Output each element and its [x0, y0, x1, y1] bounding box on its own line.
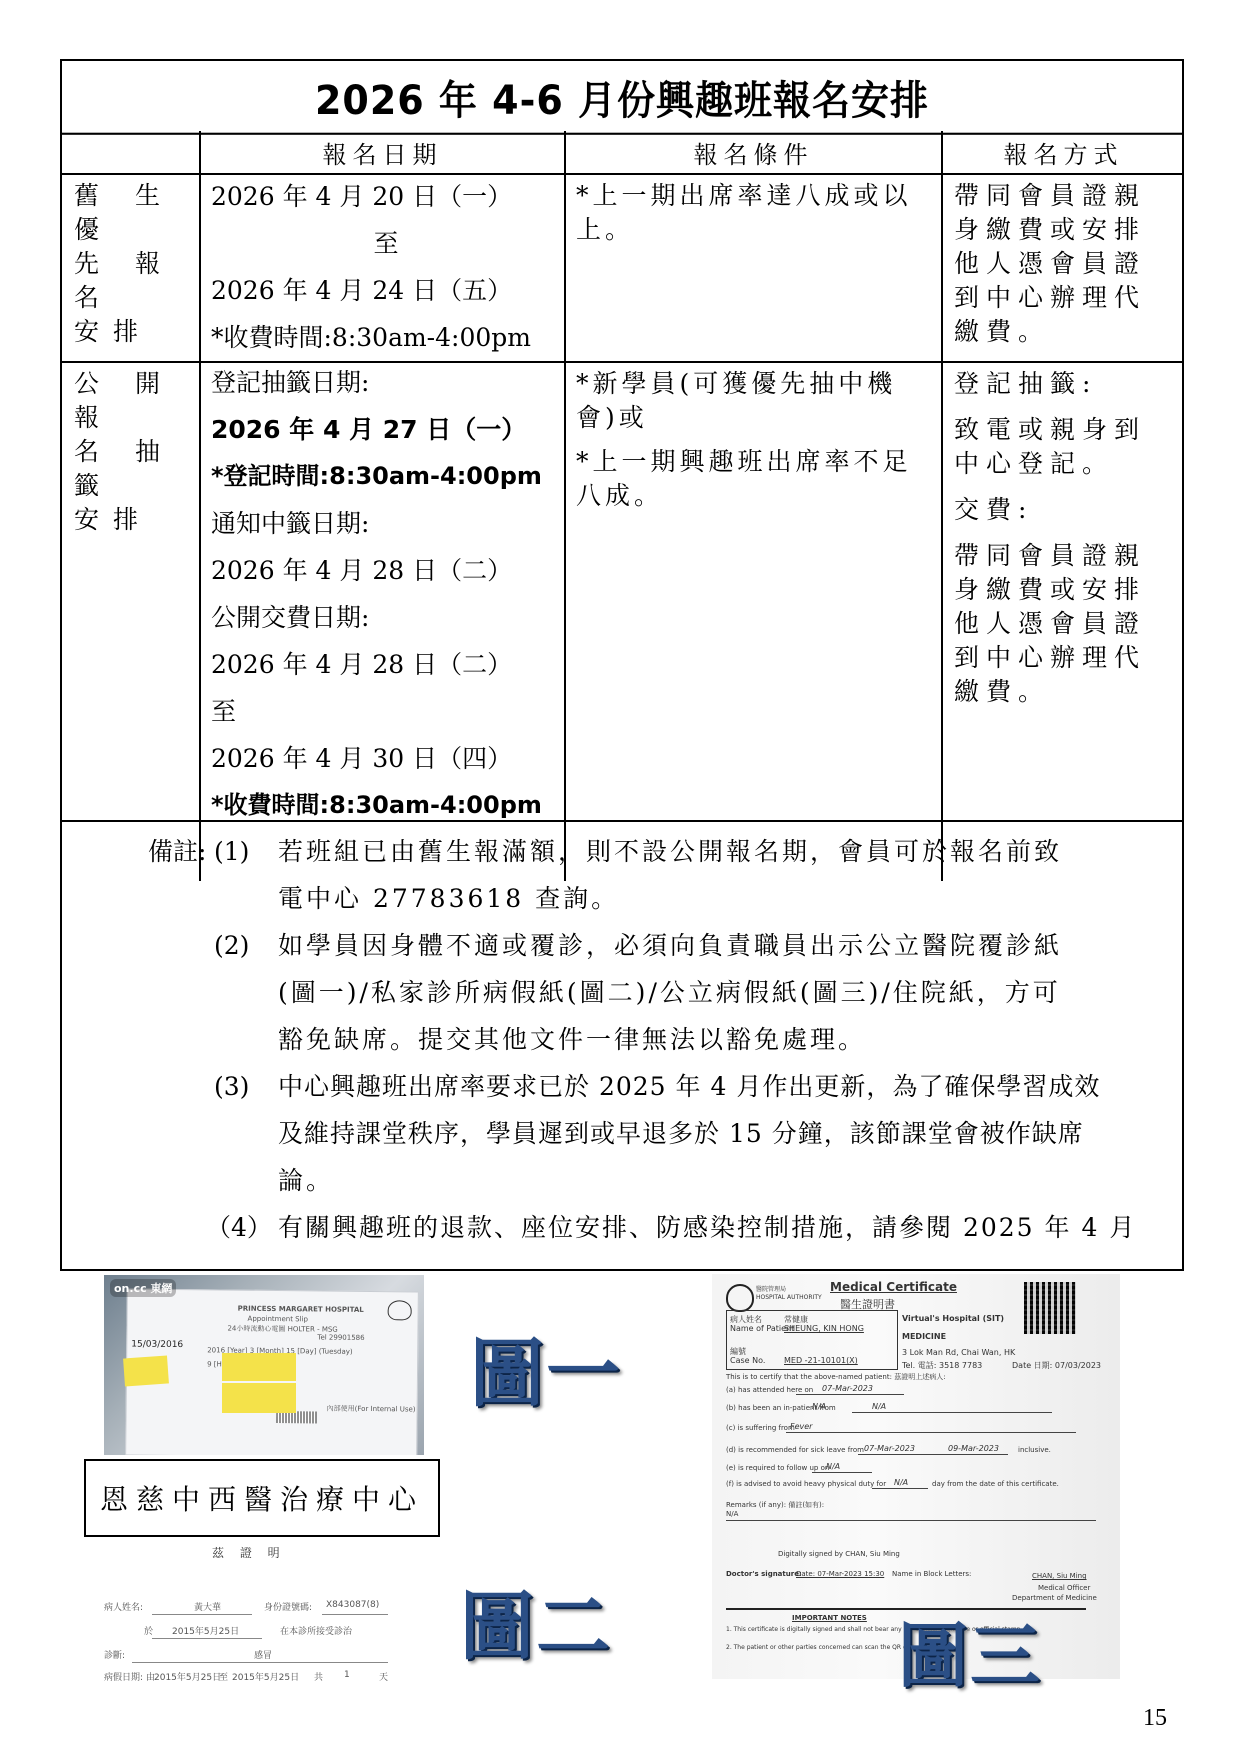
slip-tel: Tel 29901586	[317, 1333, 364, 1341]
conditions-returning: *上一期出席率達八成或以上。	[576, 179, 936, 247]
row-label-public: 公 開 報 名 抽 籤 安排	[74, 367, 194, 537]
note-line: 豁免缺席。提交其他文件一律無法以豁免處理。	[88, 1016, 1118, 1063]
field-value: 2015年5月25日	[172, 1624, 239, 1637]
item-text: (a) has attended here on	[726, 1386, 813, 1394]
date-line: 2026 年 4 月 30 日（四）	[211, 735, 561, 782]
condition-item: *新學員(可獲優先抽中機會)或	[576, 367, 936, 435]
underline	[152, 1614, 252, 1615]
address: 3 Lok Man Rd, Chai Wan, HK	[902, 1348, 1015, 1357]
date-line: 公開交費日期:	[211, 594, 561, 641]
item-text: (d) is recommended for sick leave from	[726, 1446, 864, 1454]
table-header-row: 報名日期 報名條件 報名方式	[62, 131, 1182, 175]
underline	[132, 1662, 388, 1663]
item-text: (c) is suffering from	[726, 1424, 795, 1432]
item-value: N/A	[826, 1462, 840, 1471]
underline	[786, 1432, 1076, 1433]
org-cn: 醫院管理局	[756, 1284, 786, 1293]
item-suffix: day from the date of this certificate.	[932, 1480, 1059, 1488]
label-line: 公 開 報	[74, 367, 194, 435]
field-value: 感冒	[254, 1648, 272, 1661]
underline	[812, 1472, 872, 1473]
item-value: N/A	[812, 1402, 826, 1411]
case-number: MED -21-10101(X)	[784, 1356, 858, 1365]
field-label: 診斷:	[104, 1648, 125, 1661]
remarks-label: Remarks (if any): 備註(如有):	[726, 1500, 824, 1510]
label-line: 先 報 名	[74, 247, 194, 315]
column-divider	[941, 131, 943, 881]
item-value: Fever	[790, 1422, 812, 1431]
header-method: 報名方式	[943, 131, 1184, 173]
item-value: 07-Mar-2023	[822, 1384, 873, 1393]
field-label: 病人姓名:	[104, 1600, 143, 1613]
slip-hospital: PRINCESS MARGARET HOSPITAL	[238, 1305, 364, 1314]
redaction-sticky-note	[123, 1355, 169, 1386]
item-text: (e) is required to follow up on	[726, 1464, 829, 1472]
underline	[872, 1488, 928, 1489]
notes-section: 備註: (1) 若班組已由舊生報滿額，則不設公開報名期，會員可於報名前致 電中心…	[88, 828, 1118, 1251]
slip-title: Appointment Slip	[248, 1315, 308, 1324]
note-text: 中心興趣班出席率要求已於 2025 年 4 月作出更新，為了確保學習成效	[278, 1063, 1100, 1110]
item-value: N/A	[894, 1478, 908, 1487]
date-line: 登記抽籤日期:	[211, 359, 561, 406]
watermark-logo: on.cc 東網	[110, 1279, 176, 1297]
redaction-sticky-note	[222, 1353, 296, 1381]
note-text: 論。	[278, 1157, 334, 1204]
qr-code-icon	[1024, 1282, 1076, 1334]
label-line: 安排	[74, 503, 194, 537]
method-item: 交費:	[954, 493, 1169, 527]
method-returning: 帶同會員證親身繳費或安排他人憑會員證到中心辦理代繳費。	[954, 179, 1169, 349]
redaction-sticky-note	[222, 1383, 296, 1413]
field-label: 在本診所接受診治	[280, 1624, 352, 1637]
underline	[852, 1412, 1052, 1413]
figure-1-label: 圖一	[470, 1315, 622, 1421]
certify-text: This is to certify that the above-named …	[726, 1372, 946, 1382]
slip-side-date: 15/03/2016	[131, 1340, 183, 1351]
remarks-value: N/A	[726, 1510, 738, 1518]
figure-1-appointment-slip: PRINCESS MARGARET HOSPITAL Appointment S…	[104, 1275, 424, 1455]
item-text: (f) is advised to avoid heavy physical d…	[726, 1480, 886, 1488]
field-value: X843087(8)	[326, 1600, 379, 1610]
doctor-title: Medical Officer	[1038, 1584, 1090, 1592]
field-label: 於	[144, 1624, 153, 1637]
field-value: 2015年5月25日	[232, 1670, 299, 1683]
signature-label: Doctor's signature:	[726, 1570, 802, 1578]
field-value: 1	[344, 1670, 350, 1680]
date-line: 2026 年 4 月 20 日（一）	[211, 173, 561, 220]
method-item: 帶同會員證親身繳費或安排他人憑會員證到中心辦理代繳費。	[954, 539, 1169, 709]
figure-2-label: 圖二	[460, 1568, 612, 1674]
method-item: 致電或親身到中心登記。	[954, 413, 1169, 481]
hospital-name: Virtual's Hospital (SIT)	[902, 1314, 1004, 1323]
method-public: 登記抽籤: 致電或親身到中心登記。 交費: 帶同會員證親身繳費或安排他人憑會員證…	[954, 367, 1169, 709]
notes-title: IMPORTANT NOTES	[792, 1614, 867, 1622]
doctor-name: CHAN, Siu Ming	[1032, 1572, 1087, 1580]
cert-title: 茲 證 明	[212, 1544, 286, 1561]
field-label: 至	[219, 1670, 228, 1683]
date-line: *登記時間:8:30am-4:00pm	[211, 453, 561, 500]
note-line: (3) 中心興趣班出席率要求已於 2025 年 4 月作出更新，為了確保學習成效	[88, 1063, 1118, 1110]
date-line: 2026 年 4 月 24 日（五）	[211, 267, 561, 314]
cert-title-en: Medical Certificate	[830, 1280, 957, 1294]
method-item: 登記抽籤:	[954, 367, 1169, 401]
item-value: 07-Mar-2023	[864, 1444, 915, 1453]
hospital-authority-logo-icon	[726, 1284, 754, 1312]
item-value: N/A	[872, 1402, 886, 1411]
label-line: 安排	[74, 315, 194, 349]
note-text: 如學員因身體不適或覆診，必須向負責職員出示公立醫院覆診紙	[278, 922, 1062, 969]
note-line: （4） 有關興趣班的退款、座位安排、防感染控制措施，請參閱 2025 年 4 月	[88, 1204, 1118, 1251]
figure-2-clinic-name: 恩慈中西醫治療中心	[84, 1459, 440, 1537]
figure-3-label: 圖三	[898, 1600, 1042, 1701]
underline	[726, 1520, 1096, 1521]
hospital-authority-logo-icon	[388, 1300, 412, 1320]
note-line: 備註: (1) 若班組已由舊生報滿額，則不設公開報名期，會員可於報名前致	[88, 828, 1118, 875]
notes-label: 備註:	[148, 828, 206, 875]
page-number: 15	[1143, 1705, 1167, 1732]
telephone: Tel. 電話: 3518 7783	[902, 1360, 982, 1371]
date-line: 至	[211, 220, 561, 267]
note-text: 豁免缺席。提交其他文件一律無法以豁免處理。	[278, 1016, 866, 1063]
label-line: 名 抽 籤	[74, 435, 194, 503]
note-text: 若班組已由舊生報滿額，則不設公開報名期，會員可於報名前致	[278, 828, 1062, 875]
name-label: Name in Block Letters:	[892, 1570, 971, 1578]
note-number: （4）	[206, 1204, 272, 1251]
department: MEDICINE	[902, 1332, 946, 1341]
row-label-returning: 舊 生 優 先 報 名 安排	[74, 179, 194, 349]
field-label: 身份證號碼:	[264, 1600, 312, 1613]
date-line: 2026 年 4 月 27 日（一）	[211, 406, 561, 453]
note-number: (2)	[214, 922, 249, 969]
item-suffix: inclusive.	[1018, 1446, 1051, 1454]
date-line: *收費時間:8:30am-4:00pm	[211, 314, 561, 361]
date-line: *收費時間:8:30am-4:00pm	[211, 782, 561, 829]
note-text: (圖一)/私家診所病假紙(圖二)/公立病假紙(圖三)/住院紙，方可	[278, 969, 1061, 1016]
date-line: 2026 年 4 月 28 日（二）	[211, 641, 561, 688]
dates-returning: 2026 年 4 月 20 日（一） 至 2026 年 4 月 24 日（五） …	[211, 173, 561, 361]
digital-signature: Digitally signed by CHAN, Siu Ming	[778, 1550, 900, 1558]
note-line: 及維持課堂秩序，學員遲到或早退多於 15 分鐘，該節課堂會被作缺席	[88, 1110, 1118, 1157]
item-value: 09-Mar-2023	[948, 1444, 999, 1453]
slip-internal: 內部使用(For Internal Use)	[327, 1404, 416, 1415]
note-text: 有關興趣班的退款、座位安排、防感染控制措施，請參閱 2025 年 4 月	[278, 1204, 1136, 1251]
note-line: 論。	[88, 1157, 1118, 1204]
figure-2-sick-note: 茲 證 明 病人姓名: 黃大華 身份證號碼: X843087(8) 於 2015…	[104, 1540, 404, 1690]
note-line: (圖一)/私家診所病假紙(圖二)/公立病假紙(圖三)/住院紙，方可	[88, 969, 1118, 1016]
header-date: 報名日期	[201, 131, 564, 173]
page-title: 2026 年 4-6 月份興趣班報名安排	[62, 59, 1182, 135]
field-value: 2015年5月25日	[154, 1670, 221, 1683]
note-text: 及維持課堂秩序，學員遲到或早退多於 15 分鐘，該節課堂會被作缺席	[278, 1110, 1084, 1157]
field-label: 共	[314, 1670, 323, 1683]
note-number: (1)	[214, 828, 249, 875]
note-number: (3)	[214, 1063, 249, 1110]
underline	[796, 1394, 904, 1395]
note-item: 2. The patient or other parties concerne…	[726, 1644, 925, 1651]
note-line: 電中心 27783618 查詢。	[88, 875, 1118, 922]
date-line: 至	[211, 688, 561, 735]
condition-item: *上一期興趣班出席率不足八成。	[576, 445, 936, 513]
header-conditions: 報名條件	[566, 131, 941, 173]
dates-public: 登記抽籤日期: 2026 年 4 月 27 日（一） *登記時間:8:30am-…	[211, 359, 561, 829]
conditions-public: *新學員(可獲優先抽中機會)或 *上一期興趣班出席率不足八成。	[576, 367, 936, 513]
field-label: 天	[379, 1670, 388, 1683]
column-divider	[199, 131, 201, 881]
field-value: 黃大華	[194, 1600, 221, 1613]
label-line: 舊 生 優	[74, 179, 194, 247]
cert-date: Date 日期: 07/03/2023	[1012, 1360, 1101, 1371]
patient-name: SHEUNG, KIN HONG	[784, 1324, 864, 1333]
underline	[322, 1614, 388, 1615]
column-divider	[564, 131, 566, 881]
underline	[152, 1638, 262, 1639]
org-en: HOSPITAL AUTHORITY	[756, 1294, 822, 1301]
field-label: 病假日期: 由	[104, 1670, 155, 1683]
date-line: 2026 年 4 月 28 日（二）	[211, 547, 561, 594]
document-page: 2026 年 4-6 月份興趣班報名安排 報名日期 報名條件 報名方式 舊 生 …	[0, 0, 1240, 1754]
date-line: 通知中籤日期:	[211, 500, 561, 547]
note-line: (2) 如學員因身體不適或覆診，必須向負責職員出示公立醫院覆診紙	[88, 922, 1118, 969]
label: Case No.	[730, 1356, 765, 1365]
signature-date: Date: 07-Mar-2023 15:30	[796, 1570, 884, 1578]
underline	[858, 1454, 1008, 1455]
note-text: 電中心 27783618 查詢。	[278, 875, 619, 922]
